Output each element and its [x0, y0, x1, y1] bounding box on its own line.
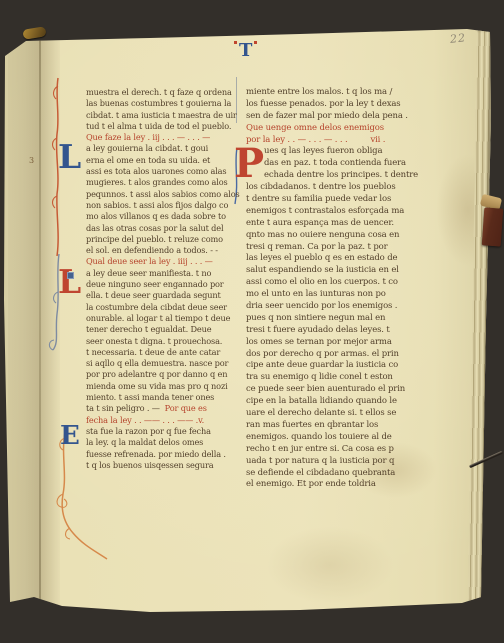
manuscript-text-line: a ley deue seer manifiesta. t no [86, 268, 250, 279]
manuscript-text-line: Que faze la ley . iij . . . — . . . — [86, 132, 250, 143]
manuscript-text-line: pequnnos. t assi alos sabios como alos [86, 189, 250, 200]
illuminated-initial: P [234, 144, 264, 184]
book-fore-edge [468, 30, 493, 602]
manuscript-text-line: muestra el derech. t q faze q ordena [86, 87, 250, 98]
manuscript-text-line: onurable. al logar t al tiempo t deue [86, 313, 250, 324]
manuscript-text-line: fuesse refrenada. por miedo della . [86, 449, 250, 460]
text-column-right: miente entre los malos. t q los ma /los … [246, 87, 436, 491]
manuscript-text-line: salut espandiendo se la iusticia en el [246, 265, 436, 277]
illuminated-initial: L [58, 140, 81, 173]
manuscript-text-line: tresi t fuere ayudado delas leyes. t [246, 325, 436, 337]
rubric-block: Qual deue seer la ley . iiij . . . — [86, 256, 250, 267]
gutter-fold-shadow [8, 34, 60, 609]
manuscript-text-line: deue ninguno seer engannado por [86, 279, 250, 290]
manuscript-text-line: principe del pueblo. t reluze como [86, 234, 250, 245]
manuscript-text-line: tener derecho t egualdat. Deue [86, 324, 250, 335]
manuscript-text-line: ella. t deue seer guardada segunt [86, 290, 250, 301]
manuscript-text-line: das en paz. t toda contienda fuera [246, 158, 436, 170]
leather-bookmark-tab [482, 207, 504, 246]
manuscript-text-line: echada dentre los principes. t dentre [246, 170, 436, 182]
manuscript-text-line: t dentre su familia puede vedar los [246, 194, 436, 206]
manuscript-text-line: tra su enemigo q lidie conel t eston [246, 372, 436, 384]
manuscript-text-line: erna el ome en toda su uida. et [86, 155, 250, 166]
folio-number: 22 [449, 31, 466, 46]
text-block: Pues q las leyes fueron obligadas en paz… [246, 146, 436, 491]
manuscript-text-line: se defiende el cibdadano quebranta [246, 468, 436, 480]
manuscript-text-line: ce puede seer bien auenturado el prin [246, 384, 436, 396]
rubric-block: Que uenge omne delos enemigospor la ley … [246, 123, 436, 147]
manuscript-text-line: cipe ante deue guardar la iusticia co [246, 360, 436, 372]
illuminated-initial: L [58, 265, 81, 298]
manuscript-text-line: fecha la ley . . —— . . . —— .v. [86, 415, 250, 426]
manuscript-text-line: enemigos. quando los touiere al de [246, 432, 436, 444]
manuscript-text-line: cibdat. t ama iusticia t maestra de uir [86, 110, 250, 121]
manuscript-text-line: non sabios. t assi alos fijos dalgo co [86, 200, 250, 211]
quire-signature-mark: 3 [29, 156, 34, 165]
manuscript-text-line: las leyes el pueblo q es en estado de [246, 253, 436, 265]
manuscript-text-line: das las otras cosas por la salut del [86, 223, 250, 234]
manuscript-text-line: las buenas costumbres t gouierna la [86, 98, 250, 109]
rubric-block: Que faze la ley . iij . . . — . . . — [86, 132, 250, 143]
manuscript-text-line: por pro adelantre q por danno q en [86, 369, 250, 380]
manuscript-text-line: los omes se ternan por mejor arma [246, 337, 436, 349]
manuscript-text-line: recho t en jur entre si. Ca cosa es p [246, 444, 436, 456]
running-title-mark: T [239, 40, 252, 61]
manuscript-text-line: Que uenge omne delos enemigos [246, 123, 436, 135]
manuscript-text-line: qnto mas no ouiere nenguna cosa en [246, 230, 436, 242]
manuscript-text-line: seer onesta t digna. t prouechosa. [86, 336, 250, 347]
manuscript-page: T 22 3 muestra el derech. t q faze q ord… [0, 0, 504, 643]
manuscript-text-line: a ley gouierna la cibdat. t goui [86, 143, 250, 154]
text-block: miente entre los malos. t q los ma /los … [246, 87, 436, 123]
manuscript-text-line: si aqllo q ella demuestra. nasce por [86, 358, 250, 369]
manuscript-text-line: ran mas fuertes en qbrantar los [246, 420, 436, 432]
manuscript-text-line: ta t sin peligro . — Por que es [86, 403, 250, 414]
manuscript-text-line: los cibdadanos. t dentre los pueblos [246, 182, 436, 194]
manuscript-text-line: tud t el alma t uida de tod el pueblo. [86, 121, 250, 132]
text-segment: Por que es [165, 403, 207, 413]
manuscript-text-line: Qual deue seer la ley . iiij . . . — [86, 256, 250, 267]
manuscript-text-line: pues q non sintiere negun mal en [246, 313, 436, 325]
manuscript-text-line: cipe en la batalla lidiando quando le [246, 396, 436, 408]
text-block: Esta fue la razon por q fue fechala ley.… [86, 426, 250, 471]
manuscript-text-line: sta fue la razon por q fue fecha [86, 426, 250, 437]
manuscript-text-line: sen de fazer mal por miedo dela pena . [246, 111, 436, 123]
manuscript-text-line: ues q las leyes fueron obliga [246, 146, 436, 158]
manuscript-text-line: la ley. q la maldat delos omes [86, 437, 250, 448]
manuscript-text-line: t q los buenos uisqessen segura [86, 460, 250, 471]
manuscript-text-line: dos por derecho q por armas. el prin [246, 349, 436, 361]
text-block: La ley deue seer manifiesta. t nodeue ni… [86, 268, 250, 415]
manuscript-text-line: por la ley . . — . . . — . . . vii . [246, 135, 436, 147]
manuscript-text-line: el sol. en defendiendo a todos. - - [86, 245, 250, 256]
text-block: La ley gouierna la cibdat. t gouierna el… [86, 143, 250, 256]
text-block: muestra el derech. t q faze q ordenalas … [86, 87, 250, 132]
manuscript-text-line: uada t por natura q la iusticia por q [246, 456, 436, 468]
manuscript-text-line: mo alos villanos q es dada sobre to [86, 211, 250, 222]
manuscript-text-line: assi es tota alos uarones como alas [86, 166, 250, 177]
manuscript-text-line: el enemigo. Et por ende toldria [246, 479, 436, 491]
manuscript-text-line: miente entre los malos. t q los ma / [246, 87, 436, 99]
illuminated-initial: E [60, 423, 80, 449]
photo-background: T 22 3 muestra el derech. t q faze q ord… [0, 0, 504, 643]
manuscript-text-line: tresi q reman. Ca por la paz. t por [246, 242, 436, 254]
manuscript-text-line: mo el unto en las iunturas non po [246, 289, 436, 301]
manuscript-text-line: t necessaria. t deue de ante catar [86, 347, 250, 358]
manuscript-text-line: assi como el olio en los cuerpos. t co [246, 277, 436, 289]
manuscript-text-line: mienda ome su vida mas pro q nozi [86, 381, 250, 392]
manuscript-text-line: ente t aura espança mas de uencer. [246, 218, 436, 230]
manuscript-text-line: dria seer uencido por los enemigos . [246, 301, 436, 313]
spine-headband [22, 26, 46, 39]
manuscript-text-line: miento. t assi manda tener ones [86, 392, 250, 403]
text-segment: ta t sin peligro . — [86, 403, 165, 413]
manuscript-text-line: mugieres. t alos grandes como alos [86, 177, 250, 188]
text-column-left: muestra el derech. t q faze q ordenalas … [86, 87, 250, 471]
rubric-block: fecha la ley . . —— . . . —— .v. [86, 415, 250, 426]
manuscript-text-line: uare el derecho delante si. t ellos se [246, 408, 436, 420]
manuscript-text-line: la costumbre dela cibdat deue seer [86, 302, 250, 313]
manuscript-text-line: enemigos t contrastalos esforçada ma [246, 206, 436, 218]
manuscript-text-line: los fuesse penados. por la ley t dexas [246, 99, 436, 111]
